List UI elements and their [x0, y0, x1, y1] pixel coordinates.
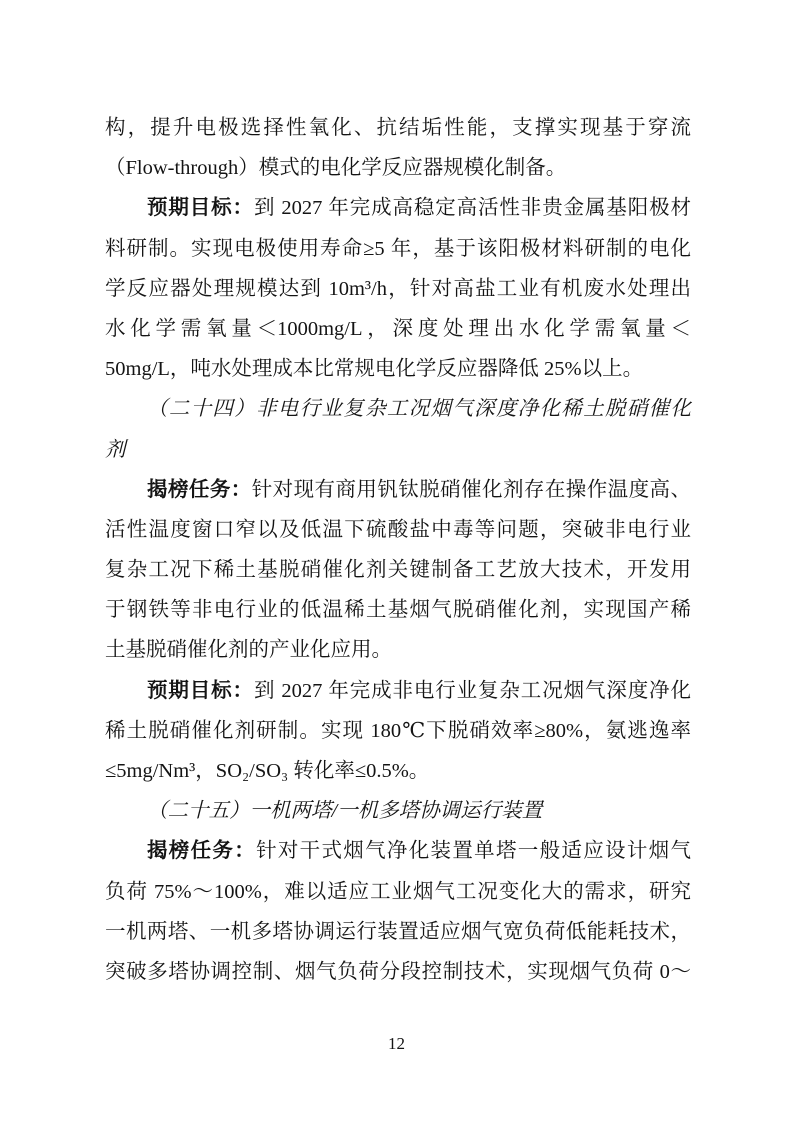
text-run: 活性温度窗口窄以及低温下硫酸盐中毒等问题，突破非电行业	[105, 519, 691, 541]
text-line: 构，提升电极选择性氧化、抗结垢性能，支撑实现基于穿流	[105, 108, 691, 148]
text-run: 学反应器处理规模达到 10m³/h，针对高盐工业有机废水处理出	[105, 278, 691, 300]
text-line: 料研制。实现电极使用寿命≥5 年，基于该阳极材料研制的电化	[105, 229, 691, 269]
text-line: 预期目标：到 2027 年完成高稳定高活性非贵金属基阳极材	[105, 188, 691, 228]
text-line: 一机两塔、一机多塔协调运行装置适应烟气宽负荷低能耗技术，	[105, 912, 691, 952]
page-number: 12	[0, 1034, 793, 1054]
text-run: （二十五）一机两塔/一机多塔协调运行装置	[147, 800, 542, 822]
text-run: 料研制。实现电极使用寿命≥5 年，基于该阳极材料研制的电化	[105, 238, 691, 260]
text-run: 针对现有商用钒钛脱硝催化剂存在操作温度高、	[252, 479, 691, 501]
document-body: 构，提升电极选择性氧化、抗结垢性能，支撑实现基于穿流（Flow-through）…	[105, 108, 691, 992]
text-line: 揭榜任务：针对干式烟气净化装置单塔一般适应设计烟气	[105, 831, 691, 871]
text-run: 针对干式烟气净化装置单塔一般适应设计烟气	[256, 840, 691, 862]
text-line: 复杂工况下稀土基脱硝催化剂关键制备工艺放大技术，开发用	[105, 550, 691, 590]
text-run: 于钢铁等非电行业的低温稀土基烟气脱硝催化剂，实现国产稀	[105, 599, 691, 621]
lead-in-label: 揭榜任务：	[147, 840, 256, 862]
lead-in-label: 揭榜任务：	[147, 479, 252, 501]
lead-in-label: 预期目标：	[147, 680, 254, 702]
document-page: 构，提升电极选择性氧化、抗结垢性能，支撑实现基于穿流（Flow-through）…	[0, 0, 793, 1122]
text-line: 负荷 75%～100%，难以适应工业烟气工况变化大的需求，研究	[105, 872, 691, 912]
text-line: 预期目标：到 2027 年完成非电行业复杂工况烟气深度净化	[105, 671, 691, 711]
text-run: 到 2027 年完成非电行业复杂工况烟气深度净化	[254, 680, 691, 702]
text-run: 水化学需氧量＜1000mg/L，深度处理出水化学需氧量＜	[105, 318, 691, 340]
text-run: 负荷 75%～100%，难以适应工业烟气工况变化大的需求，研究	[105, 881, 691, 903]
text-run: 复杂工况下稀土基脱硝催化剂关键制备工艺放大技术，开发用	[105, 559, 691, 581]
text-run: 到 2027 年完成高稳定高活性非贵金属基阳极材	[254, 197, 691, 219]
text-line: 活性温度窗口窄以及低温下硫酸盐中毒等问题，突破非电行业	[105, 510, 691, 550]
text-run: 构，提升电极选择性氧化、抗结垢性能，支撑实现基于穿流	[105, 117, 691, 139]
text-run: ≤5mg/Nm³，SO₂/SO₃ 转化率≤0.5%。	[105, 760, 429, 782]
lead-in-label: 预期目标：	[147, 197, 254, 219]
text-line: 土基脱硝催化剂的产业化应用。	[105, 630, 691, 670]
text-line: 水化学需氧量＜1000mg/L，深度处理出水化学需氧量＜	[105, 309, 691, 349]
text-line: 揭榜任务：针对现有商用钒钛脱硝催化剂存在操作温度高、	[105, 470, 691, 510]
text-run: 50mg/L，吨水处理成本比常规电化学反应器降低 25%以上。	[105, 358, 643, 380]
text-run: 一机两塔、一机多塔协调运行装置适应烟气宽负荷低能耗技术，	[105, 921, 691, 943]
text-line: 学反应器处理规模达到 10m³/h，针对高盐工业有机废水处理出	[105, 269, 691, 309]
text-run: （二十四）非电行业复杂工况烟气深度净化稀土脱硝催化	[147, 398, 691, 420]
text-line: （Flow-through）模式的电化学反应器规模化制备。	[105, 148, 691, 188]
text-line: 突破多塔协调控制、烟气负荷分段控制技术，实现烟气负荷 0～	[105, 952, 691, 992]
text-line: 于钢铁等非电行业的低温稀土基烟气脱硝催化剂，实现国产稀	[105, 590, 691, 630]
text-run: 稀土脱硝催化剂研制。实现 180℃下脱硝效率≥80%，氨逃逸率	[105, 720, 691, 742]
text-run: 土基脱硝催化剂的产业化应用。	[105, 639, 392, 661]
text-line: ≤5mg/Nm³，SO₂/SO₃ 转化率≤0.5%。	[105, 751, 691, 791]
text-line: 稀土脱硝催化剂研制。实现 180℃下脱硝效率≥80%，氨逃逸率	[105, 711, 691, 751]
text-line: 50mg/L，吨水处理成本比常规电化学反应器降低 25%以上。	[105, 349, 691, 389]
section-heading-line: 剂	[105, 430, 691, 470]
text-run: 剂	[105, 439, 126, 461]
section-heading-line: （二十四）非电行业复杂工况烟气深度净化稀土脱硝催化	[105, 389, 691, 429]
text-run: 突破多塔协调控制、烟气负荷分段控制技术，实现烟气负荷 0～	[105, 961, 691, 983]
text-run: （Flow-through）模式的电化学反应器规模化制备。	[105, 157, 566, 179]
section-heading-line: （二十五）一机两塔/一机多塔协调运行装置	[105, 791, 691, 831]
